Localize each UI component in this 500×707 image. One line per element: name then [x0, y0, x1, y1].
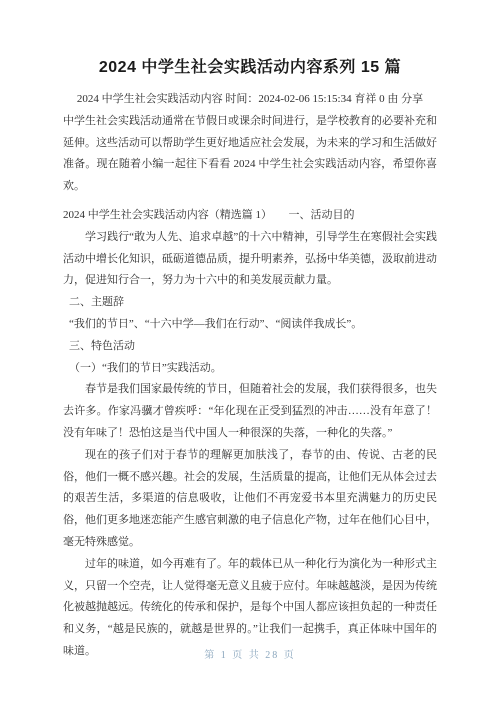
children-paragraph: 现在的孩子们对于春节的理解更加肤浅了，春节的由、传说、古老的民俗，他们一概不感兴…	[63, 445, 437, 554]
purpose-paragraph: 学习践行“敢为人先、追求卓越”的十六中精神，引导学生在寒假社会实践活动中增长化知…	[63, 227, 437, 292]
intro-paragraph: 中学生社会实践活动通常在节假日或课余时间进行，是学校教育的必要补充和延伸。这些活…	[63, 111, 437, 198]
document-title: 2024 中学生社会实践活动内容系列 15 篇	[63, 56, 437, 80]
list-line-feature-heading: 三、特色活动	[63, 336, 437, 358]
document-body: 2024 中学生社会实践活动内容 时间：2024-02-06 15:15:34 …	[63, 89, 437, 663]
meta-line: 2024 中学生社会实践活动内容 时间：2024-02-06 15:15:34 …	[63, 89, 437, 111]
section-heading: 2024 中学生社会实践活动内容（精选篇 1） 一、活动目的	[63, 205, 437, 227]
list-line-theme-items: “我们的节日”、“十六中学—我们在行动”、“阅读伴我成长”。	[63, 314, 437, 336]
document-page: 2024 中学生社会实践活动内容系列 15 篇 2024 中学生社会实践活动内容…	[0, 0, 500, 707]
spring-festival-paragraph: 春节是我们国家最传统的节日，但随着社会的发展，我们获得很多，也失去许多。作家冯骥…	[63, 379, 437, 444]
list-line-feature-item: （一）“我们的节日”实践活动。	[63, 358, 437, 380]
list-line-theme-heading: 二、主题辞	[63, 292, 437, 314]
page-number-indicator: 第 1 页 共 28 页	[0, 646, 500, 661]
